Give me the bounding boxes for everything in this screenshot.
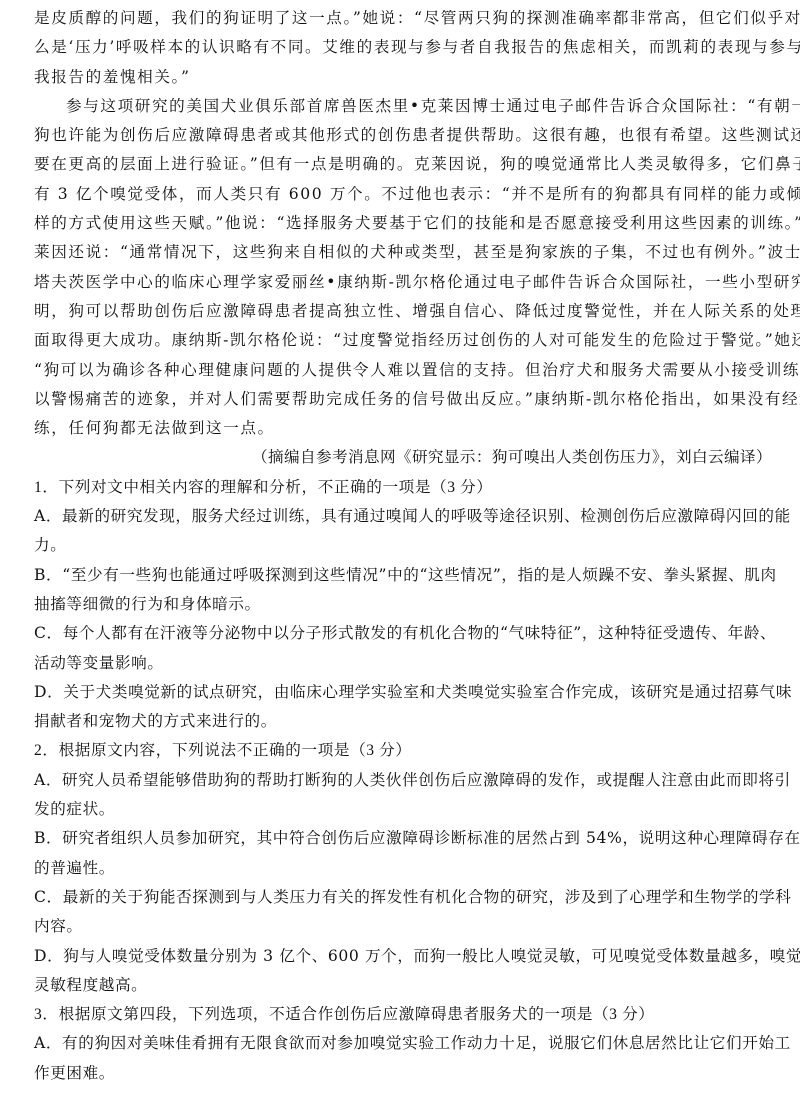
option-c: C．最新的关于狗能否探测到与人类压力有关的挥发性有机化合物的研究，涉及到了心理学… xyxy=(34,883,774,942)
text-line: 参与这项研究的美国犬业俱乐部首席兽医杰里•克莱因博士通过电子邮件告诉合众国际社：… xyxy=(34,92,774,121)
reading-passage: 是皮质醇的问题，我们的狗证明了这一点。”她说：“尽管两只狗的探测准确率都非常高，… xyxy=(34,4,774,443)
option-a: A．有的狗因对美味佳肴拥有无限食欲而对参加嗅觉实验工作动力十足，说服它们休息居然… xyxy=(34,1029,774,1088)
text-line: 莱因还说：“通常情况下，这些狗来自相似的犬种或类型，甚至是狗家族的子集，不过也有… xyxy=(34,238,774,267)
option-a: A．最新的研究发现，服务犬经过训练，具有通过嗅闻人的呼吸等途径识别、检测创伤后应… xyxy=(34,502,774,561)
option-d: D．关于犬类嗅觉新的试点研究，由临床心理学实验室和犬类嗅觉实验室合作完成，该研究… xyxy=(34,678,774,737)
question-stem: 1．下列对文中相关内容的理解和分析，不正确的一项是（3 分） xyxy=(34,473,774,502)
option-text: B．研究者组织人员参加研究，其中符合创伤后应激障碍诊断标准的居然占到 54%，说… xyxy=(34,824,774,853)
text-line: 有 3 亿个嗅觉受体，而人类只有 600 万个。不过他也表示：“并不是所有的狗都… xyxy=(34,180,774,209)
text-line: 面取得更大成功。康纳斯-凯尔格伦说：“过度警觉指经历过创伤的人对可能发生的危险过… xyxy=(34,326,774,355)
text-line: 我报告的羞愧相关。” xyxy=(34,63,774,92)
text-line: 以警惕痛苦的迹象，并对人们需要帮助完成任务的信号做出反应。”康纳斯-凯尔格伦指出… xyxy=(34,385,774,414)
question-3: 3．根据原文第四段，下列选项，不适合作创伤后应激障碍患者服务犬的一项是（3 分）… xyxy=(34,1000,774,1088)
text-line: 要在更高的层面上进行验证。”但有一点是明确的。克莱因说，狗的嗅觉通常比人类灵敏得… xyxy=(34,150,774,179)
option-a: A．研究人员希望能够借助狗的帮助打断狗的人类伙伴创伤后应激障碍的发作，或提醒人注… xyxy=(34,766,774,825)
option-text: 的普遍性。 xyxy=(34,854,774,883)
option-text: A．有的狗因对美味佳肴拥有无限食欲而对参加嗅觉实验工作动力十足，说服它们休息居然… xyxy=(34,1029,774,1058)
exam-page: 是皮质醇的问题，我们的狗证明了这一点。”她说：“尽管两只狗的探测准确率都非常高，… xyxy=(34,4,774,1088)
option-text: 灵敏程度越高。 xyxy=(34,971,774,1000)
option-text: 活动等变量影响。 xyxy=(34,649,774,678)
option-c: C．每个人都有在汗液等分泌物中以分子形式散发的有机化合物的“气味特征”，这种特征… xyxy=(34,619,774,678)
option-text: 捐献者和宠物犬的方式来进行的。 xyxy=(34,707,774,736)
option-text: C．最新的关于狗能否探测到与人类压力有关的挥发性有机化合物的研究，涉及到了心理学… xyxy=(34,883,774,912)
option-text: B．“至少有一些狗也能通过呼吸探测到这些情况”中的“这些情况”，指的是人烦躁不安… xyxy=(34,561,774,590)
question-1: 1．下列对文中相关内容的理解和分析，不正确的一项是（3 分） A．最新的研究发现… xyxy=(34,473,774,737)
option-text: 发的症状。 xyxy=(34,795,774,824)
text-line: 是皮质醇的问题，我们的狗证明了这一点。”她说：“尽管两只狗的探测准确率都非常高，… xyxy=(34,4,774,33)
option-text: D．狗与人嗅觉受体数量分别为 3 亿个、600 万个，而狗一般比人嗅觉灵敏，可见… xyxy=(34,942,774,971)
option-d: D．狗与人嗅觉受体数量分别为 3 亿个、600 万个，而狗一般比人嗅觉灵敏，可见… xyxy=(34,942,774,1001)
question-2: 2．根据原文内容，下列说法不正确的一项是（3 分） A．研究人员希望能够借助狗的… xyxy=(34,736,774,1000)
option-text: C．每个人都有在汗液等分泌物中以分子形式散发的有机化合物的“气味特征”，这种特征… xyxy=(34,619,774,648)
option-text: D．关于犬类嗅觉新的试点研究，由临床心理学实验室和犬类嗅觉实验室合作完成，该研究… xyxy=(34,678,774,707)
text-line: “狗可以为确诊各种心理健康问题的人提供令人难以置信的支持。但治疗犬和服务犬需要从… xyxy=(34,356,774,385)
text-line: 塔夫茨医学中心的临床心理学家爱丽丝•康纳斯-凯尔格伦通过电子邮件告诉合众国际社，… xyxy=(34,268,774,297)
option-b: B．研究者组织人员参加研究，其中符合创伤后应激障碍诊断标准的居然占到 54%，说… xyxy=(34,824,774,883)
option-text: 作更困难。 xyxy=(34,1059,774,1088)
question-stem: 2．根据原文内容，下列说法不正确的一项是（3 分） xyxy=(34,736,774,765)
text-line: 狗也许能为创伤后应激障碍患者或其他形式的创伤患者提供帮助。这很有趣，也很有希望。… xyxy=(34,121,774,150)
question-stem: 3．根据原文第四段，下列选项，不适合作创伤后应激障碍患者服务犬的一项是（3 分） xyxy=(34,1000,774,1029)
option-b: B．“至少有一些狗也能通过呼吸探测到这些情况”中的“这些情况”，指的是人烦躁不安… xyxy=(34,561,774,620)
paragraph-4: 参与这项研究的美国犬业俱乐部首席兽医杰里•克莱因博士通过电子邮件告诉合众国际社：… xyxy=(34,92,774,444)
option-text: A．最新的研究发现，服务犬经过训练，具有通过嗅闻人的呼吸等途径识别、检测创伤后应… xyxy=(34,502,774,531)
text-line: 明，狗可以帮助创伤后应激障碍患者提高独立性、增强自信心、降低过度警觉性，并在人际… xyxy=(34,297,774,326)
option-text: 抽搐等细微的行为和身体暗示。 xyxy=(34,590,774,619)
option-text: 内容。 xyxy=(34,912,774,941)
text-line: 样的方式使用这些天赋。”他说：“选择服务犬要基于它们的技能和是否愿意接受利用这些… xyxy=(34,209,774,238)
source-citation: （摘编自参考消息网《研究显示：狗可嗅出人类创伤压力》，刘白云编译） xyxy=(34,443,774,472)
text-line: 练，任何狗都无法做到这一点。 xyxy=(34,414,774,443)
option-text: A．研究人员希望能够借助狗的帮助打断狗的人类伙伴创伤后应激障碍的发作，或提醒人注… xyxy=(34,766,774,795)
text-line: 么是‘压力’呼吸样本的认识略有不同。艾维的表现与参与者自我报告的焦虑相关，而凯莉… xyxy=(34,33,774,62)
option-text: 力。 xyxy=(34,531,774,560)
paragraph-tail: 是皮质醇的问题，我们的狗证明了这一点。”她说：“尽管两只狗的探测准确率都非常高，… xyxy=(34,4,774,92)
